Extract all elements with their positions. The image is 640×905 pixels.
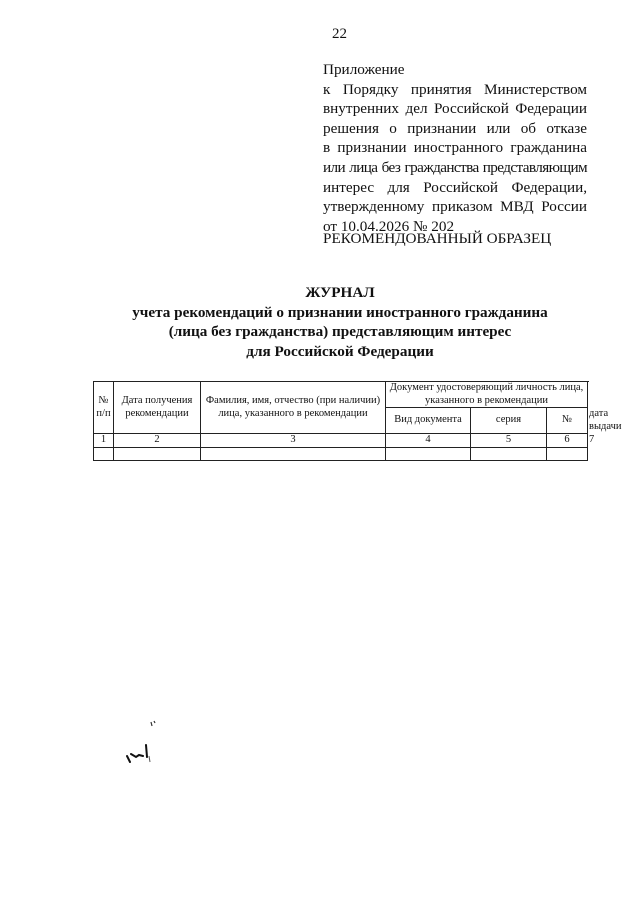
header-number: № п/п (94, 382, 114, 434)
journal-heading: ЖУРНАЛ (95, 283, 585, 303)
column-number-cell: 5 (471, 434, 547, 448)
header-identity-document: Документ удостоверяющий личность лица, у… (386, 382, 588, 408)
table-cell (114, 447, 201, 460)
appendix-line: внутренних дел Российской Федерации (323, 99, 587, 119)
appendix-line: к Порядку принятия Министерством (323, 80, 587, 100)
table-cell (201, 447, 386, 460)
column-number-cell: 2 (114, 434, 201, 448)
table-cell (547, 447, 588, 460)
table-cell (471, 447, 547, 460)
column-number-cell: 3 (201, 434, 386, 448)
journal-title: ЖУРНАЛ учета рекомендаций о признании ин… (95, 283, 585, 361)
column-number-cell: 4 (386, 434, 471, 448)
journal-table: № п/п Дата получения рекомендации Фамили… (93, 381, 588, 461)
page-number: 22 (332, 26, 347, 43)
journal-subtitle-line: учета рекомендаций о признании иностранн… (95, 303, 585, 323)
recommended-sample-label: РЕКОМЕНДОВАННЫЙ ОБРАЗЕЦ (323, 230, 551, 248)
handwritten-mark (125, 720, 165, 770)
column-number-cell: 1 (94, 434, 114, 448)
header-series: серия (471, 408, 547, 434)
table-cell (386, 447, 471, 460)
appendix-note: Приложение к Порядку принятия Министерст… (323, 60, 587, 236)
header-doc-number: № (547, 408, 588, 434)
appendix-line: или лица без гражданства представляющим (323, 158, 587, 178)
appendix-line: Приложение (323, 60, 587, 80)
header-full-name: Фамилия, имя, отчество (при наличии) лиц… (201, 382, 386, 434)
table-row (94, 447, 588, 460)
journal-subtitle-line: для Российской Федерации (95, 342, 585, 362)
appendix-line: интерес для Российской Федерации, (323, 178, 587, 198)
appendix-line: в признании иностранного гражданина (323, 138, 587, 158)
column-number-cell: 6 (547, 434, 588, 448)
header-document-type: Вид документа (386, 408, 471, 434)
table-cell (94, 447, 114, 460)
appendix-line: утвержденному приказом МВД России (323, 197, 587, 217)
journal-subtitle-line: (лица без гражданства) представляющим ин… (95, 322, 585, 342)
header-receipt-date: Дата получения рекомендации (114, 382, 201, 434)
appendix-line: решения о признании или об отказе (323, 119, 587, 139)
